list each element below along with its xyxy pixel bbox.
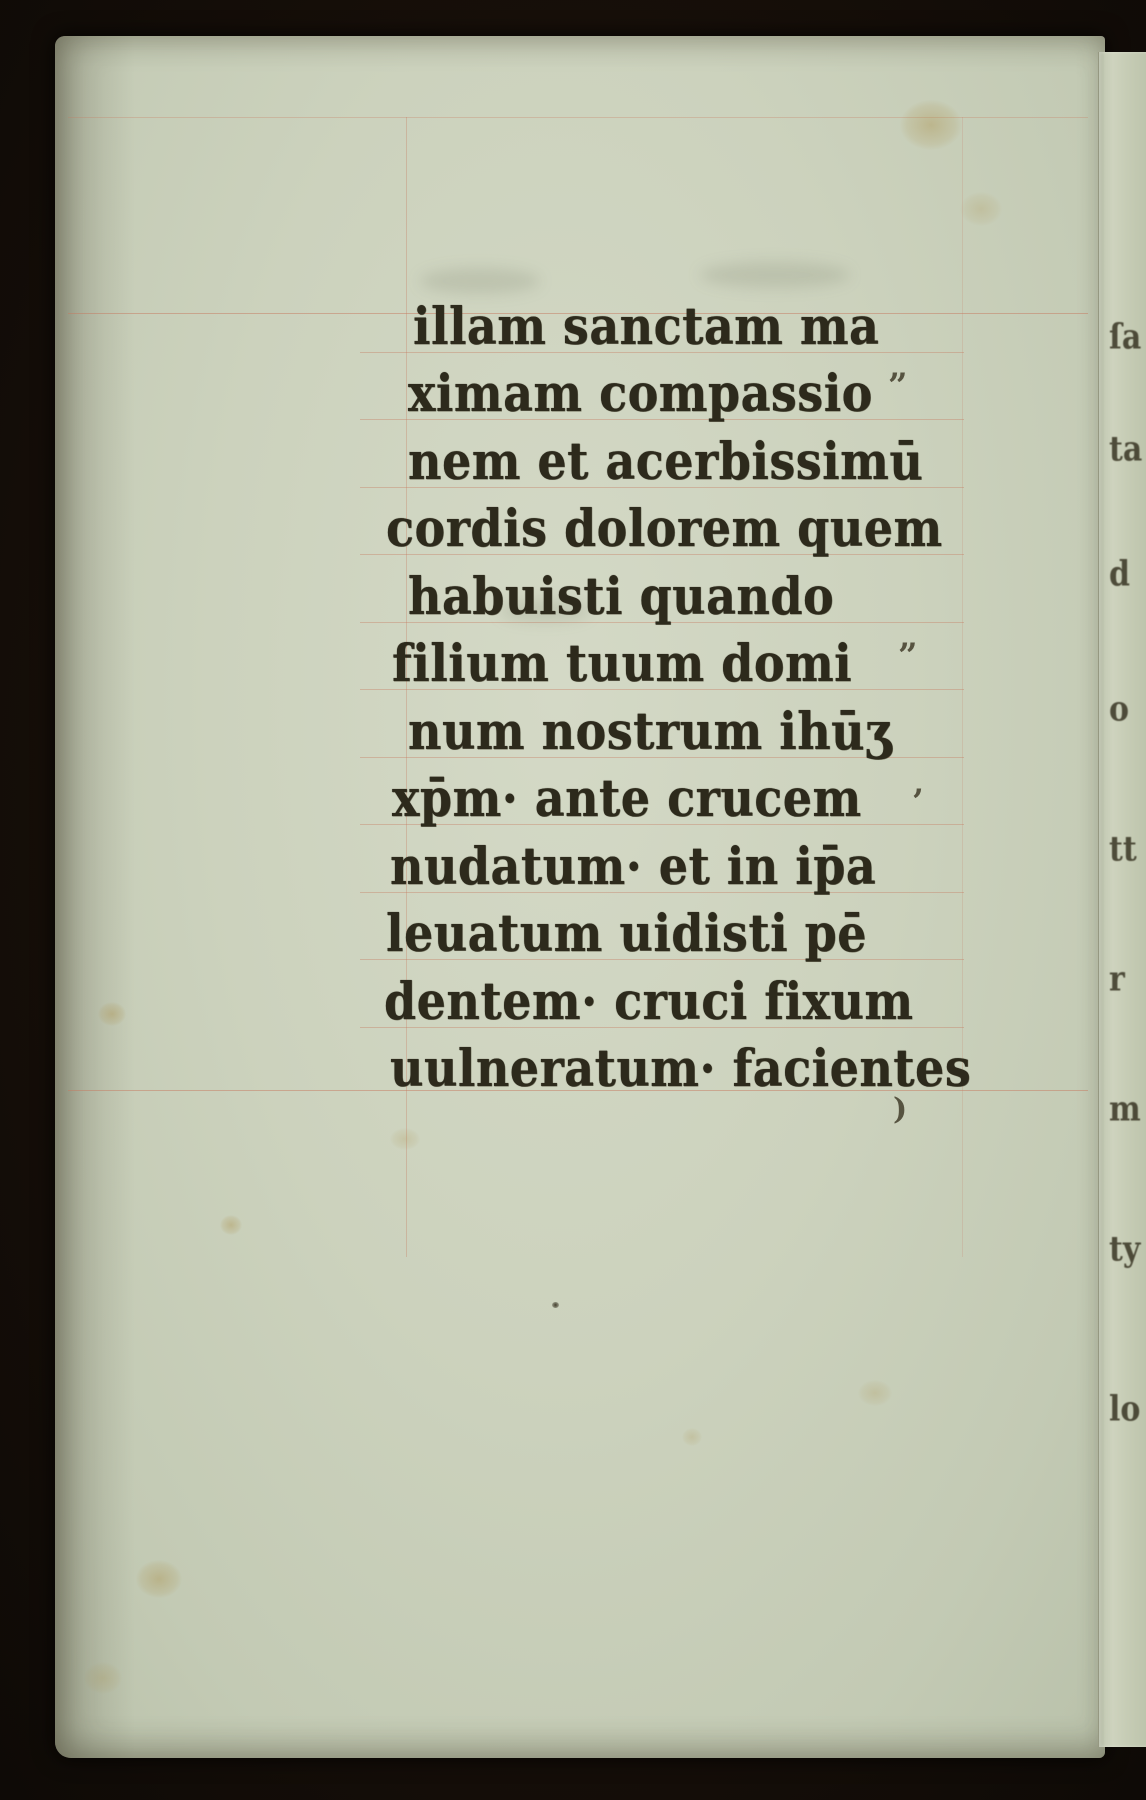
- manuscript-line: uulneratum· facientes: [390, 1038, 971, 1110]
- edge-text-fragment: d: [1109, 554, 1130, 594]
- stain: [220, 1215, 242, 1235]
- manuscript-line: nudatum· et in ip̄a: [390, 836, 876, 908]
- manuscript-line: num nostrum ihūʒ: [408, 701, 892, 773]
- edge-text-fragment: ta: [1109, 429, 1142, 469]
- edge-text-fragment: m: [1109, 1089, 1141, 1129]
- edge-text-fragment: o: [1109, 689, 1129, 729]
- manuscript-line: habuisti quando: [408, 566, 834, 638]
- stain: [900, 100, 962, 150]
- stain: [858, 1380, 892, 1406]
- page-edges: ſa ta d o tt r m ty lo: [1098, 52, 1146, 1747]
- stain: [98, 1002, 126, 1026]
- edge-text-fragment: lo: [1109, 1389, 1140, 1429]
- line-filler-mark: ’: [912, 782, 924, 822]
- manuscript-line: illam sanctam ma: [413, 296, 879, 368]
- stain: [84, 1662, 122, 1694]
- edge-text-fragment: r: [1109, 959, 1125, 999]
- edge-text-fragment: tt: [1109, 829, 1137, 869]
- flourish-mark: ): [893, 1092, 907, 1127]
- edge-text-fragment: ty: [1109, 1229, 1140, 1269]
- manuscript-line: filium tuum domi: [392, 633, 852, 705]
- manuscript-photo: illam sanctam ma ximam compassio nem et …: [0, 0, 1146, 1800]
- stain: [136, 1560, 182, 1598]
- manuscript-line: ximam compassio: [408, 363, 873, 435]
- manuscript-line: dentem· cruci fixum: [384, 971, 914, 1043]
- stain: [390, 1128, 420, 1150]
- ink-dot: [552, 1302, 559, 1308]
- manuscript-line: xp̄m· ante crucem: [392, 768, 862, 840]
- stain: [960, 192, 1002, 226]
- stain: [682, 1428, 702, 1446]
- bleedthrough-smudge: [420, 268, 540, 294]
- edge-text-fragment: ſa: [1109, 317, 1141, 357]
- manuscript-line: nem et acerbissimū: [408, 431, 923, 503]
- line-filler-mark: ”: [898, 636, 918, 676]
- bleedthrough-smudge: [700, 262, 850, 288]
- line-filler-mark: ”: [888, 366, 908, 406]
- manuscript-line: leuatum uidisti pē: [386, 903, 867, 975]
- manuscript-line: cordis dolorem quem: [386, 498, 943, 570]
